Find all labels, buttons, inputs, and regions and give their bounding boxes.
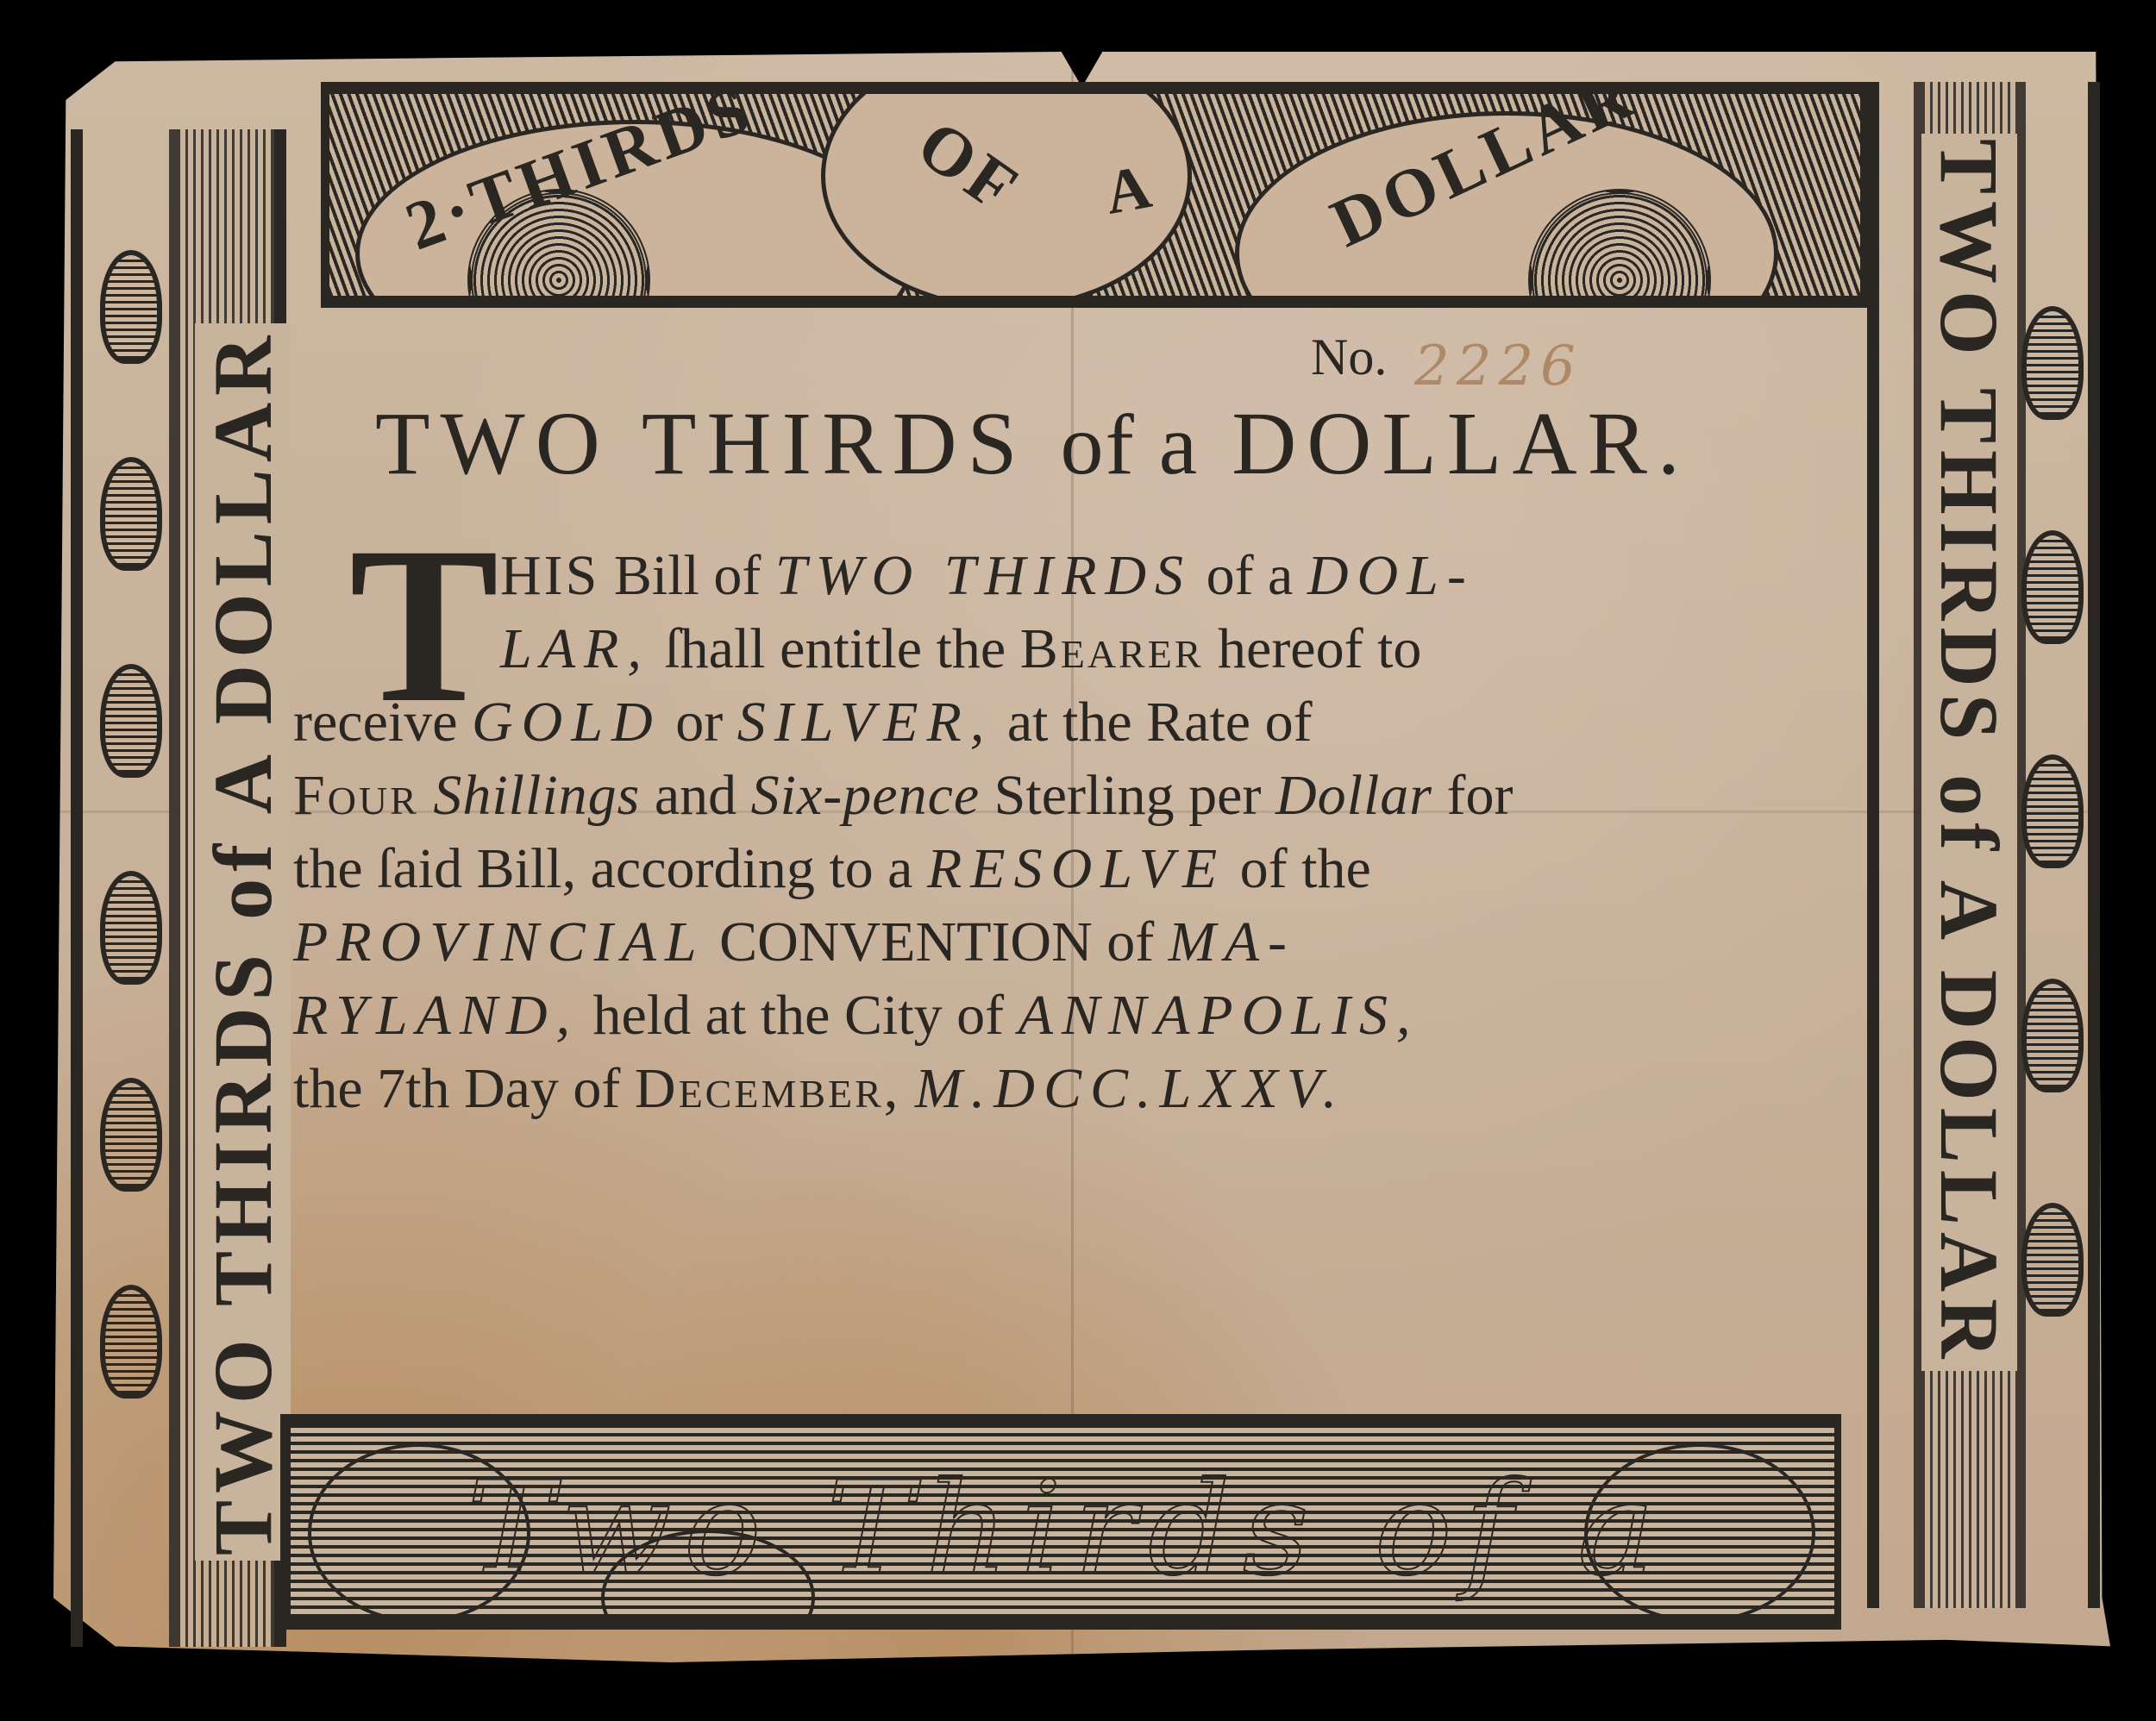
body-text-run: RESOLVE bbox=[927, 837, 1225, 900]
body-text-run: the ſaid Bill, according to a bbox=[293, 837, 927, 900]
leaf-ornament bbox=[2021, 306, 2084, 420]
body-line: Four Shillings and Six-pence Sterling pe… bbox=[293, 767, 1513, 824]
body-text-run: receive bbox=[293, 691, 472, 754]
body-text-run: GOLD bbox=[472, 691, 661, 754]
body-line: RYLAND, held at the City of ANNAPOLIS, bbox=[293, 987, 1419, 1044]
body-text-run: or bbox=[661, 691, 737, 754]
serial-number-label: No. bbox=[1311, 328, 1387, 387]
right-border-strip: TWO THIRDS of A DOLLAR bbox=[1867, 82, 2100, 1608]
body-line: PROVINCIAL CONVENTION of MA- bbox=[293, 914, 1295, 971]
leaf-ornament bbox=[2021, 979, 2084, 1092]
body-text-run: Sterling per bbox=[980, 764, 1275, 827]
body-text-run: Shillings bbox=[433, 764, 640, 827]
leaf-ornament bbox=[2021, 754, 2084, 868]
body-text-run: the 7th Day of bbox=[293, 1057, 635, 1120]
body-text-run: PROVINCIAL bbox=[293, 911, 705, 973]
leaf-ornament bbox=[100, 1285, 162, 1399]
note-title: TWO THIRDS of a DOLLAR. bbox=[375, 392, 1690, 495]
leaf-ornament bbox=[100, 664, 162, 778]
body-text-run: hereof to bbox=[1204, 617, 1422, 680]
text-panel: No. 2226 TWO THIRDS of a DOLLAR. T HIS B… bbox=[293, 310, 1863, 1414]
bottom-ornamental-band: Two Thirds of a Dollar bbox=[280, 1414, 1841, 1630]
title-lower: of a bbox=[1061, 397, 1200, 492]
body-line: the ſaid Bill, according to a RESOLVE of… bbox=[293, 841, 1371, 898]
leaf-ornament bbox=[2021, 530, 2084, 644]
body-text-run: HIS bbox=[500, 544, 599, 607]
body-text-run: DOL- bbox=[1307, 544, 1475, 607]
body-text-run bbox=[900, 1057, 915, 1120]
body-text-run: CONVENTION bbox=[705, 911, 1107, 973]
body-text-run: RYLAND, bbox=[293, 984, 579, 1047]
body-line: the 7th Day of December, M.DCC.LXXV. bbox=[293, 1061, 1345, 1117]
leaf-ornament bbox=[100, 1078, 162, 1192]
body-text-run: of a bbox=[1192, 544, 1307, 607]
body-text-run: SILVER, bbox=[737, 691, 993, 754]
body-text-run: TWO THIRDS bbox=[775, 544, 1192, 607]
leaf-ornament bbox=[100, 457, 162, 571]
body-text-run: of the bbox=[1225, 837, 1371, 900]
body-text-run: and bbox=[640, 764, 750, 827]
body-text-run: Bearer bbox=[1020, 617, 1204, 680]
body-line: HIS Bill of TWO THIRDS of a DOL- bbox=[500, 548, 1475, 604]
leaf-ornament bbox=[100, 250, 162, 364]
right-border-text: TWO THIRDS of A DOLLAR bbox=[1921, 134, 2017, 1371]
body-text-run: MA- bbox=[1169, 911, 1295, 973]
body-text-run: held at the City of bbox=[579, 984, 1018, 1047]
body-text-run: M.DCC.LXXV. bbox=[915, 1057, 1345, 1120]
leaf-ornament bbox=[2021, 1203, 2084, 1317]
body-text-run: ſhall entitle the bbox=[650, 617, 1020, 680]
body-text-run: LAR, bbox=[500, 617, 650, 680]
title-caps: TWO THIRDS bbox=[375, 394, 1028, 493]
body-text-run: of bbox=[1106, 911, 1168, 973]
top-ornamental-band: 2·THIRDS OF A DOLLAR bbox=[321, 82, 1869, 308]
leaf-ornament bbox=[100, 871, 162, 985]
body-text-run: Four bbox=[293, 764, 419, 827]
bottom-band-script: Two Thirds of a Dollar bbox=[308, 1452, 1826, 1607]
body-text-run: December, bbox=[635, 1057, 900, 1120]
title-caps: DOLLAR. bbox=[1232, 394, 1690, 493]
left-border-text: TWO THIRDS of A DOLLAR bbox=[195, 324, 291, 1561]
body-text-run bbox=[419, 764, 434, 827]
serial-number-handwritten: 2226 bbox=[1414, 335, 1583, 398]
body-text-run: at the Rate of bbox=[993, 691, 1312, 754]
body-text-run: for bbox=[1432, 764, 1513, 827]
body-text-run: Dollar bbox=[1275, 764, 1432, 827]
body-text-run: Bill of bbox=[599, 544, 775, 607]
body-line: LAR, ſhall entitle the Bearer hereof to bbox=[500, 621, 1421, 678]
body-text-run: Six-pence bbox=[751, 764, 981, 827]
body-line: receive GOLD or SILVER, at the Rate of bbox=[293, 694, 1313, 751]
left-border-strip: TWO THIRDS of A DOLLAR bbox=[71, 129, 286, 1647]
body-text-run: ANNAPOLIS, bbox=[1018, 984, 1420, 1047]
